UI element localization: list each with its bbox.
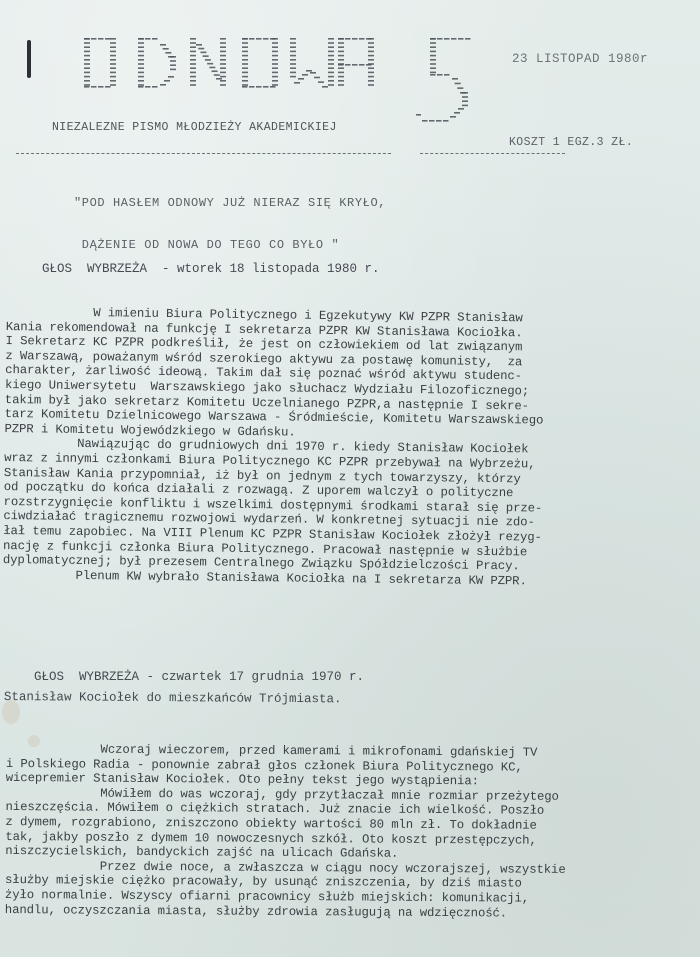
header-divider — [420, 153, 565, 154]
article-subheading: Stanisław Kociołek do mieszkańców Trójmi… — [4, 690, 342, 706]
issue-date: 23 LISTOPAD 1980r — [512, 52, 648, 66]
issue-price: KOSZT 1 EGZ.3 ZŁ. — [509, 136, 633, 149]
publication-subtitle: NIEZALEZNE PISMO MŁODZIEŻY AKADEMICKIEJ — [52, 121, 337, 134]
article-body: Wczoraj wieczorem, przed kamerami i mikr… — [5, 742, 696, 922]
article-heading: GŁOS WYBRZEŻA - wtorek 18 listopada 1980… — [42, 262, 380, 276]
article-body: W imieniu Biura Politycznego i Egzekutyw… — [3, 305, 696, 591]
masthead-lettering-graphic — [70, 36, 490, 126]
motto-line: "POD HASŁEM ODNOWY JUŻ NIERAZ SIĘ KRYŁO, — [74, 196, 386, 210]
article-heading: GŁOS WYBRZEŻA - czwartek 17 grudnia 1970… — [34, 670, 364, 684]
header-divider — [16, 153, 391, 154]
masthead-title — [70, 36, 490, 126]
motto-line: DĄŻENIE OD NOWA DO TEGO CO BYŁO " — [74, 238, 386, 252]
motto-quote: "POD HASŁEM ODNOWY JUŻ NIERAZ SIĘ KRYŁO,… — [74, 168, 386, 266]
binder-mark — [27, 40, 31, 78]
